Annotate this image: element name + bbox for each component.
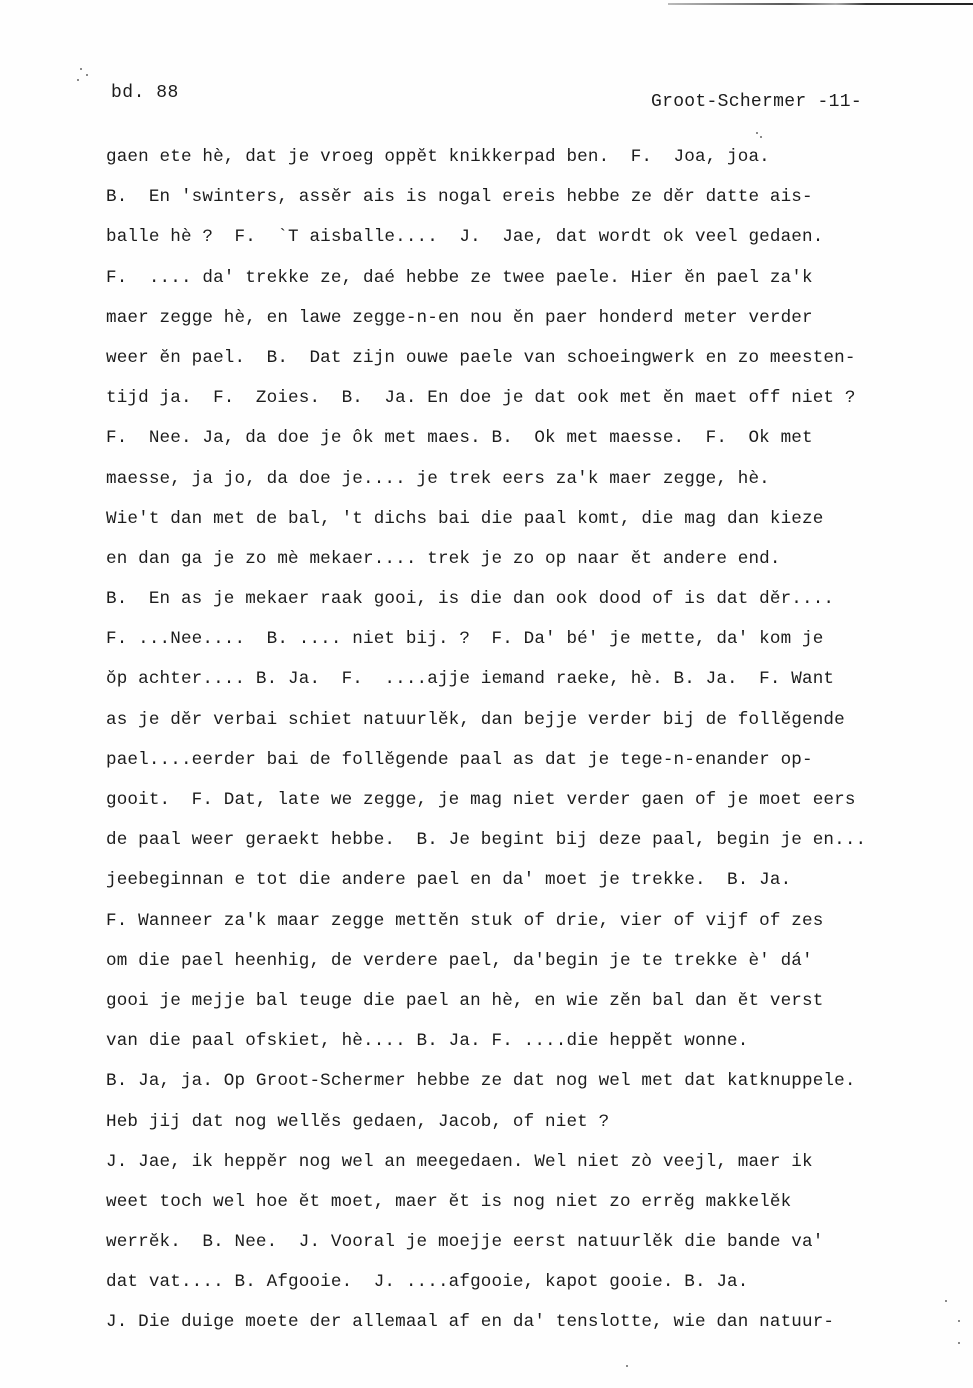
- transcript-line: Heb jij dat nog wellĕs gedaen, Jacob, of…: [106, 1108, 971, 1148]
- transcript-line: balle hè ? F. `T aisballe.... J. Jae, da…: [106, 223, 971, 263]
- transcript-line: gaen ete hè, dat je vroeg oppĕt knikkerp…: [106, 143, 971, 183]
- scan-speck: [86, 74, 88, 76]
- transcript-body: gaen ete hè, dat je vroeg oppĕt knikkerp…: [106, 143, 971, 1349]
- transcript-line: F. .... da′ trekke ze, daé hebbe ze twee…: [106, 264, 971, 304]
- transcript-line: J. Jae, ik heppĕr nog wel an meegedaen. …: [106, 1148, 971, 1188]
- transcript-line: pael....eerder bai de follĕgende paal as…: [106, 746, 971, 786]
- scan-speck: [958, 1342, 960, 1344]
- transcript-line: gooit. F. Dat, late we zegge, je mag nie…: [106, 786, 971, 826]
- scan-speck: [77, 79, 79, 81]
- transcript-line: maesse, ja jo, da doe je.... je trek eer…: [106, 465, 971, 505]
- location-page-number: Groot-Schermer -11-: [651, 92, 862, 112]
- transcript-line: as je dĕr verbai schiet natuurlĕk, dan b…: [106, 706, 971, 746]
- transcript-line: F. ...Nee.... B. .... niet bij. ? F. Da′…: [106, 625, 971, 665]
- transcript-line: weer ĕn pael. B. Dat zijn ouwe paele van…: [106, 344, 971, 384]
- transcript-line: om die pael heenhig, de verdere pael, da…: [106, 947, 971, 987]
- scan-speck: [80, 68, 82, 70]
- transcript-line: gooi je mejje bal teuge die pael an hè, …: [106, 987, 971, 1027]
- transcript-line: tijd ja. F. Zoies. B. Ja. En doe je dat …: [106, 384, 971, 424]
- transcript-line: dat vat.... B. Afgooie. J. ....afgooie, …: [106, 1268, 971, 1308]
- transcript-line: de paal weer geraekt hebbe. B. Je begint…: [106, 826, 971, 866]
- transcript-line: B. Ja, ja. Op Groot-Schermer hebbe ze da…: [106, 1067, 971, 1107]
- volume-page-label: bd. 88: [111, 83, 179, 103]
- scan-speck: [626, 1365, 628, 1367]
- scan-speck: [945, 1300, 947, 1302]
- transcript-line: jeebeginnan e tot die andere pael en da′…: [106, 866, 971, 906]
- scan-speck: [756, 132, 758, 134]
- transcript-line: B. En as je mekaer raak gooi, is die dan…: [106, 585, 971, 625]
- transcript-line: weet toch wel hoe ĕt moet, maer ĕt is no…: [106, 1188, 971, 1228]
- transcript-line: werrĕk. B. Nee. J. Vooral je moejje eers…: [106, 1228, 971, 1268]
- document-page: bd. 88 Groot-Schermer -11- gaen ete hè, …: [0, 0, 973, 1388]
- transcript-line: Wie′t dan met de bal, ′t dichs bai die p…: [106, 505, 971, 545]
- transcript-line: en dan ga je zo mè mekaer.... trek je zo…: [106, 545, 971, 585]
- scan-speck: [760, 136, 762, 138]
- transcript-line: ŏp achter.... B. Ja. F. ....ajje iemand …: [106, 665, 971, 705]
- transcript-line: maer zegge hè, en lawe zegge-n-en nou ĕn…: [106, 304, 971, 344]
- transcript-line: J. Die duige moete der allemaal af en da…: [106, 1308, 971, 1348]
- top-edge-rule: [668, 3, 973, 5]
- transcript-line: B. En ʹswinters, assĕr ais is nogal erei…: [106, 183, 971, 223]
- transcript-line: F. Wanneer za′k maar zegge mettĕn stuk o…: [106, 907, 971, 947]
- scan-speck: [958, 1320, 960, 1322]
- transcript-line: van die paal ofskiet, hè.... B. Ja. F. .…: [106, 1027, 971, 1067]
- transcript-line: F. Nee. Ja, da doe je ôk met maes. B. Ok…: [106, 424, 971, 464]
